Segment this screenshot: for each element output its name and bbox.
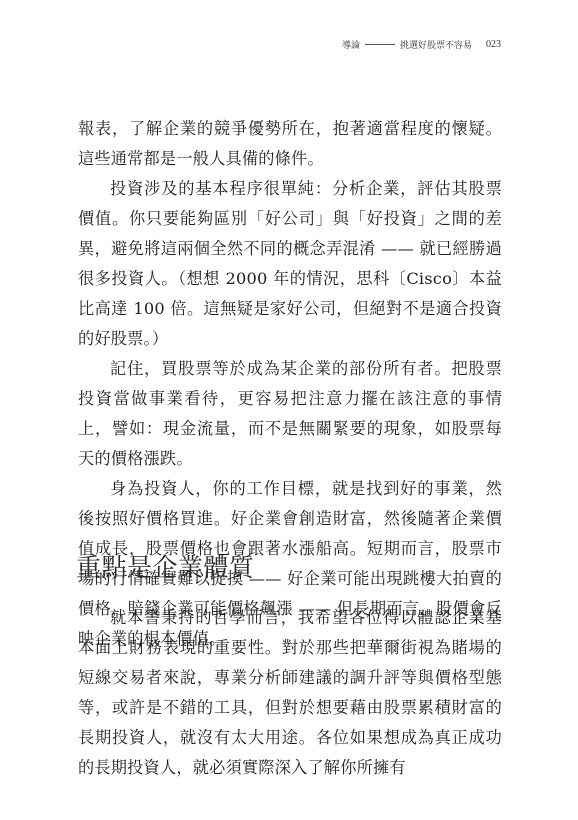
paragraph: 就本書秉持的哲學而言，我希望各位得以體認企業基本面上財務表現的重要性。對於那些把…: [78, 603, 502, 783]
paragraph-continued: 報表，了解企業的競爭優勢所在，抱著適當程度的懷疑。這些通常都是一般人具備的條件。: [78, 114, 502, 174]
running-header: 導論 挑選好股票不容易 023: [342, 38, 501, 51]
header-dash: [365, 44, 395, 45]
paragraph: 投資涉及的基本程序很單純：分析企業，評估其股票價值。你只要能夠區別「好公司」與「…: [78, 174, 502, 354]
chapter-label: 導論: [342, 38, 360, 51]
page-number: 023: [486, 39, 501, 50]
section-heading: 重點是企業體質: [76, 548, 255, 584]
chapter-title: 挑選好股票不容易: [400, 38, 472, 51]
section-body: 就本書秉持的哲學而言，我希望各位得以體認企業基本面上財務表現的重要性。對於那些把…: [78, 603, 502, 783]
paragraph: 記住，買股票等於成為某企業的部份所有者。把股票投資當做事業看待，更容易把注意力擺…: [78, 354, 502, 474]
